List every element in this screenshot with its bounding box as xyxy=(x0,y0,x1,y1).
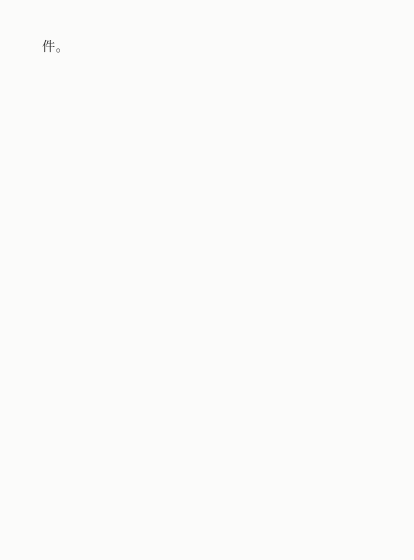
document-page: 件。 xyxy=(0,0,414,560)
paragraph-line: 件。 xyxy=(42,40,70,56)
